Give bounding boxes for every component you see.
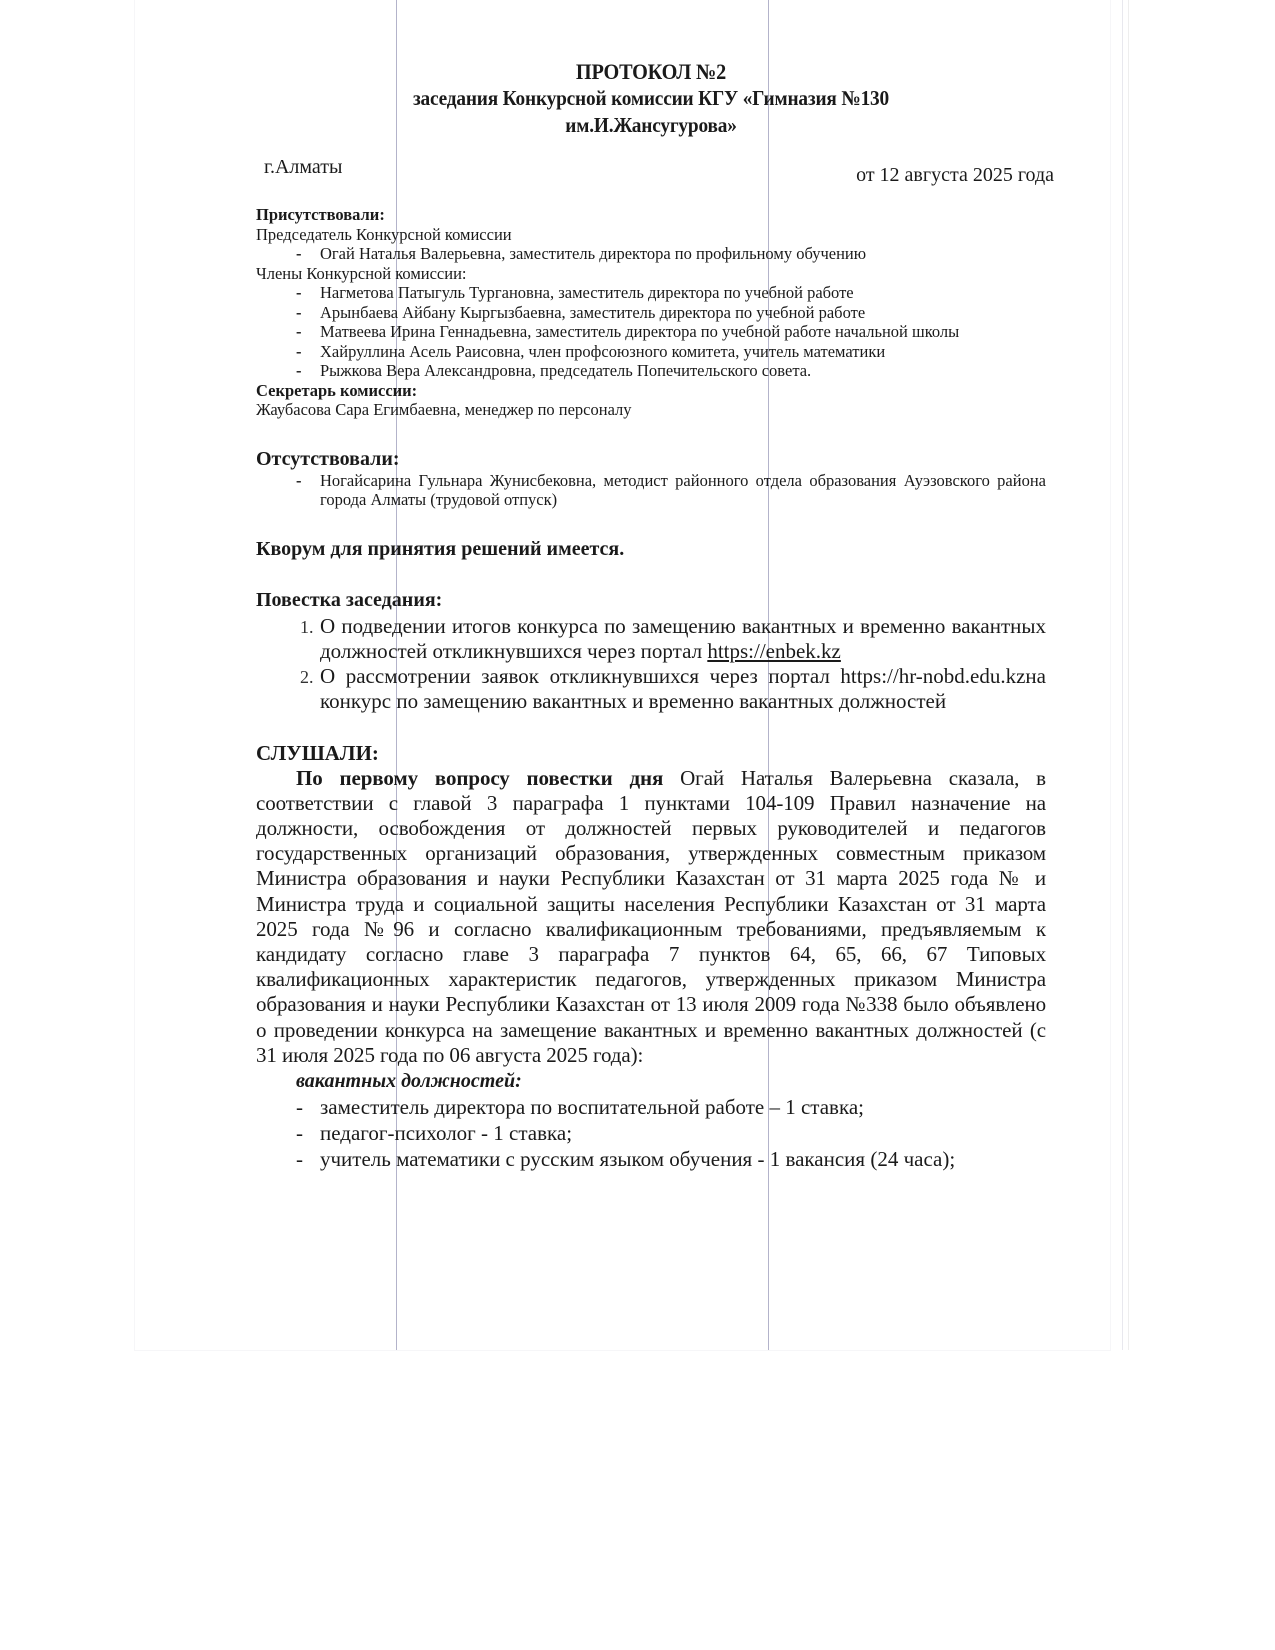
- secretary: Жаубасова Сара Егимбаевна, менеджер по п…: [256, 400, 1046, 420]
- agenda-heading: Повестка заседания:: [256, 589, 1046, 612]
- secretary-label: Секретарь комиссии:: [256, 381, 1046, 401]
- protocol-document: ПРОТОКОЛ №2 заседания Конкурсной комисси…: [256, 58, 1046, 1172]
- heard-heading: СЛУШАЛИ:: [256, 740, 1046, 766]
- chair-item: Огай Наталья Валерьевна, заместитель дир…: [296, 244, 1046, 264]
- document-title: ПРОТОКОЛ №2 заседания Конкурсной комисси…: [288, 58, 1015, 139]
- member-item: Нагметова Патыгуль Тургановна, заместите…: [296, 283, 1046, 303]
- quorum-statement: Кворум для принятия решений имеется.: [256, 538, 1046, 561]
- scan-edge-line: [1122, 0, 1123, 1350]
- absent-item: Ногайсарина Гульнара Жунисбековна, метод…: [296, 471, 1046, 510]
- agenda-item-1: О подведении итогов конкурса по замещени…: [318, 614, 1046, 664]
- member-item: Рыжкова Вера Александровна, председатель…: [296, 361, 1046, 381]
- member-item: Арынбаева Айбану Кыргызбаевна, заместите…: [296, 303, 1046, 323]
- members-label: Члены Конкурсной комиссии:: [256, 264, 1046, 284]
- present-heading: Присутствовали:: [256, 205, 1046, 225]
- meeting-date: от 12 августа 2025 года: [856, 163, 1054, 187]
- scan-edge-line: [1128, 0, 1129, 1350]
- member-item: Хайруллина Асель Раисовна, член профсоюз…: [296, 342, 1046, 362]
- vacancy-item: учитель математики с русским языком обуч…: [296, 1146, 1046, 1172]
- city: г.Алматы: [264, 155, 342, 187]
- title-line-2: заседания Конкурсной комиссии КГУ «Гимна…: [288, 85, 1015, 112]
- vacancy-item: педагог-психолог - 1 ставка;: [296, 1120, 1046, 1146]
- vacancies-list: заместитель директора по воспитательной …: [256, 1094, 1046, 1172]
- title-line-3: им.И.Жансугурова»: [288, 112, 1015, 139]
- absent-heading: Отсутствовали:: [256, 448, 1046, 471]
- member-item: Матвеева Ирина Геннадьевна, заместитель …: [296, 322, 1046, 342]
- first-question-lead: По первому вопросу повестки дня: [296, 766, 663, 790]
- place-date-row: г.Алматы от 12 августа 2025 года: [256, 155, 1046, 187]
- vacancies-heading: вакантных должностей:: [296, 1068, 1046, 1094]
- members-list: Нагметова Патыгуль Тургановна, заместите…: [256, 283, 1046, 381]
- first-question-body: Огай Наталья Валерьевна сказала, в соотв…: [256, 766, 1046, 1067]
- vacancy-item: заместитель директора по воспитательной …: [296, 1094, 1046, 1120]
- agenda-item-1-text: О подведении итогов конкурса по замещени…: [320, 614, 1046, 663]
- heard-paragraph: По первому вопросу повестки дня Огай Нат…: [256, 766, 1046, 1068]
- agenda-list: О подведении итогов конкурса по замещени…: [256, 614, 1046, 714]
- title-line-1: ПРОТОКОЛ №2: [288, 58, 1015, 85]
- enbek-link[interactable]: https://enbek.kz: [707, 639, 841, 663]
- chair-label: Председатель Конкурсной комиссии: [256, 225, 1046, 245]
- absent-list: Ногайсарина Гульнара Жунисбековна, метод…: [256, 471, 1046, 510]
- chair-list: Огай Наталья Валерьевна, заместитель дир…: [256, 244, 1046, 264]
- agenda-item-2: О рассмотрении заявок откликнувшихся чер…: [318, 664, 1046, 714]
